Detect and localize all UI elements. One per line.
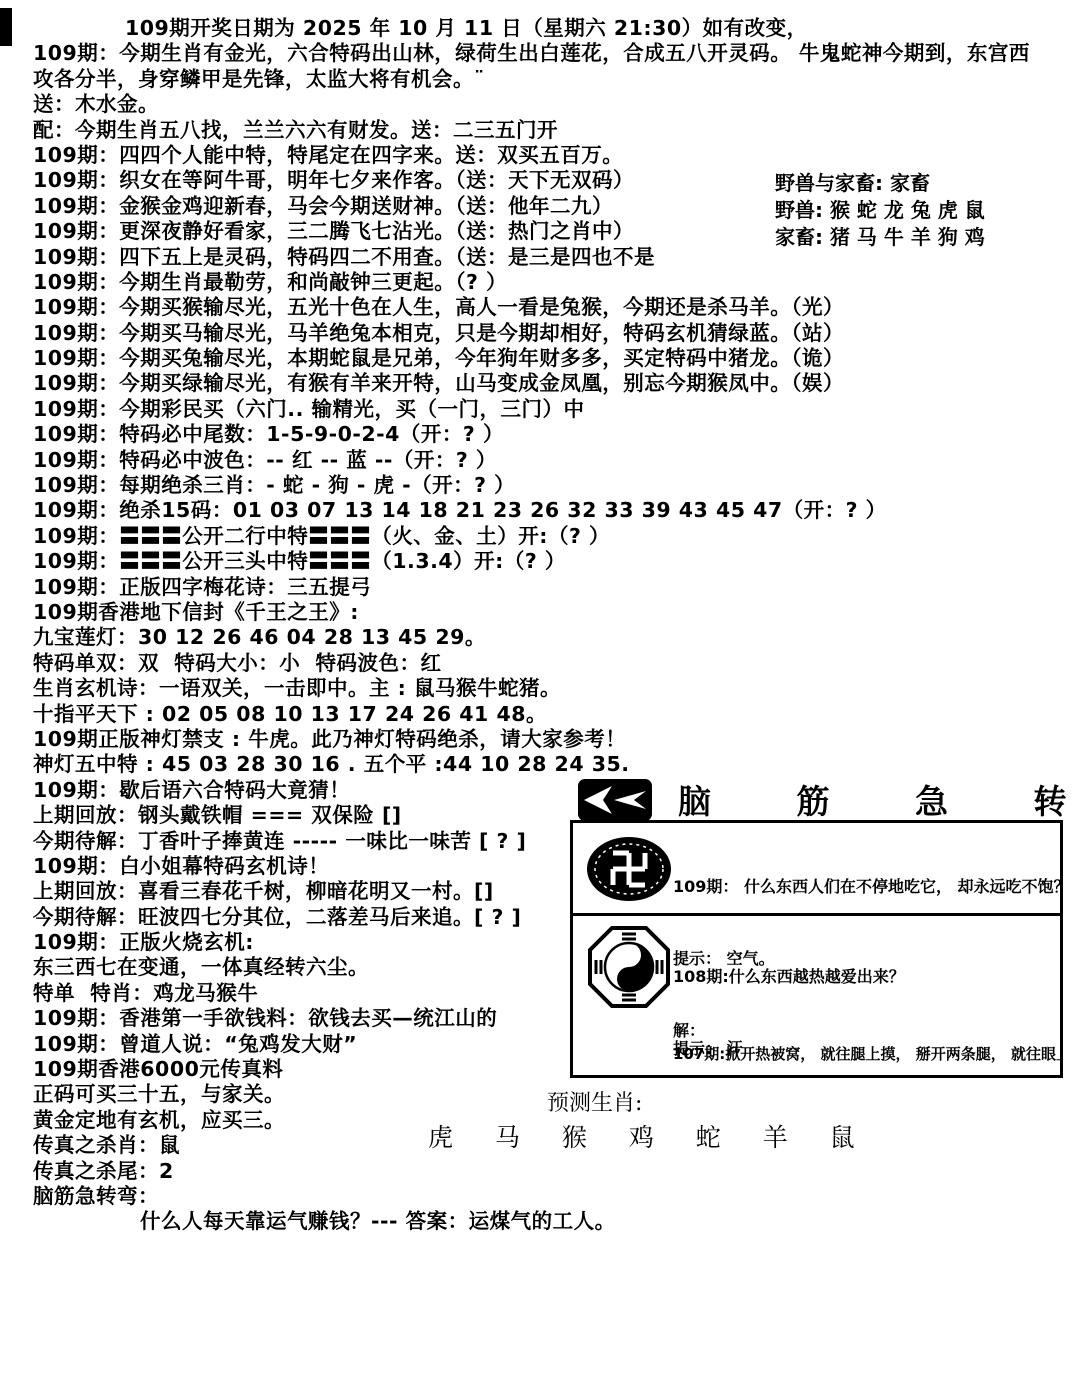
zodiac-prediction-line: 虎 马 猴 鸡 蛇 羊 鼠 (428, 1118, 872, 1154)
divider (573, 913, 1060, 916)
body-line: 配：今期生肖五八找，兰兰六六有财发。送：二三五门开 (33, 118, 1063, 143)
body-line: 109期正版神灯禁支 : 牛虎。此乃神灯特码绝杀，请大家参考！ (33, 727, 1063, 752)
yinyang-bagua-icon (587, 925, 671, 1009)
brainteaser-header: 脑 筋 急 转 弯 (578, 776, 1072, 823)
brainteaser-title: 脑 筋 急 转 弯 (678, 776, 1072, 823)
draw-date-line: 109期开奖日期为 2025 年 10 月 11 日（星期六 21:30）如有改… (33, 16, 1063, 41)
body-line: 109期：今期生肖最勒劳，和尚敲钟三更起。（? ） (33, 270, 1063, 295)
body-line: 109期：今期买绿输尽光，有猴有羊来开特，山马变成金凤凰，别忘今期猴凤中。（娱） (33, 371, 1063, 396)
brainteaser-question: 107期:掀开热被窝， 就往腿上摸， 掰开两条腿， 就往眼上 (673, 1045, 1063, 1064)
body-line: 送：木水金。 (33, 92, 1063, 117)
body-line: 攻各分半，身穿鳞甲是先锋，太监大将有机会。¨ (33, 67, 1063, 92)
body-line: 109期：今期买马输尽光，马羊绝兔本相克，只是今期却相好，特码玄机猜绿蓝。（站） (33, 321, 1063, 346)
body-line: 109期：正版四字梅花诗：三五提弓 (33, 575, 1063, 600)
body-line: 109期：今期买猴输尽光，五光十色在人生，高人一看是兔猴，今期还是杀马羊。（光） (33, 295, 1063, 320)
body-line: 109期：特码必中尾数：1-5-9-0-2-4（开：? ） (33, 422, 1063, 447)
body-line: 109期：〓〓〓公开三头中特〓〓〓（1.3.4）开:（? ） (33, 549, 1063, 574)
animals-row: 野兽与家畜: 家畜 (775, 170, 985, 197)
brainteaser-answer-line: 什么人每天靠运气赚钱？--- 答案：运煤气的工人。 (33, 1209, 1063, 1234)
brainteaser-question: 109期： 什么东西人们在不停地吃它， 却永远吃不饱？ (673, 875, 1063, 899)
brainteaser-box: 109期： 什么东西人们在不停地吃它， 却永远吃不饱？ 提示： 空气。 解： 1… (570, 820, 1063, 1078)
body-line: 109期：绝杀15码：01 03 07 13 14 18 21 23 26 32… (33, 498, 1063, 523)
body-line: 109期：每期绝杀三肖：- 蛇 - 狗 - 虎 -（开：? ） (33, 473, 1063, 498)
animals-row: 家畜: 猪 马 牛 羊 狗 鸡 (775, 224, 985, 251)
body-line: 109期：今期彩民买（六门.. 输精光，买（一门，三门）中 (33, 397, 1063, 422)
body-line: 109期：四四个人能中特，特尾定在四字来。送：双买五百万。 (33, 143, 1063, 168)
body-line: 109期：今期买兔输尽光，本期蛇鼠是兄弟，今年狗年财多多，买定特码中猪龙。（诡） (33, 346, 1063, 371)
brainteaser-item-3: 107期:掀开热被窝， 就往腿上摸， 掰开两条腿， 就往眼上 搁（打一日常用品）… (673, 1007, 1063, 1078)
corner-mark (0, 8, 12, 46)
swastika-icon (585, 835, 673, 903)
body-line: 九宝莲灯：30 12 26 46 04 28 13 45 29。 (33, 625, 1063, 650)
prediction-label: 预测生肖: (547, 1086, 642, 1117)
brainteaser-question: 108期:什么东西越热越爱出来？ (673, 965, 905, 989)
body-line: 特码单双：双 特码大小：小 特码波色：红 (33, 651, 1063, 676)
arrows-logo-icon (578, 779, 652, 821)
body-line: 传真之杀尾：2 (33, 1159, 1063, 1184)
body-line: 生肖玄机诗：一语双关，一击即中。主 : 鼠马猴牛蛇猪。 (33, 676, 1063, 701)
body-line: 神灯五中特 : 45 03 28 30 16 . 五个平 :44 10 28 2… (33, 752, 1063, 777)
body-line: 十指平天下 : 02 05 08 10 13 17 24 26 41 48。 (33, 702, 1063, 727)
body-line: 脑筋急转弯： (33, 1184, 1063, 1209)
animals-row: 野兽: 猴 蛇 龙 兔 虎 鼠 (775, 197, 985, 224)
body-line: 109期香港地下信封《千王之王》: (33, 600, 1063, 625)
body-line: 109期：今期生肖有金光，六合特码出山林，绿荷生出白莲花，合成五八开灵码。 牛鬼… (33, 41, 1063, 66)
body-line: 109期：特码必中波色：-- 红 -- 蓝 --（开：? ） (33, 448, 1063, 473)
body-line: 109期：〓〓〓公开二行中特〓〓〓（火、金、土）开:（? ） (33, 524, 1063, 549)
animals-panel: 野兽与家畜: 家畜 野兽: 猴 蛇 龙 兔 虎 鼠 家畜: 猪 马 牛 羊 狗 … (775, 170, 985, 251)
